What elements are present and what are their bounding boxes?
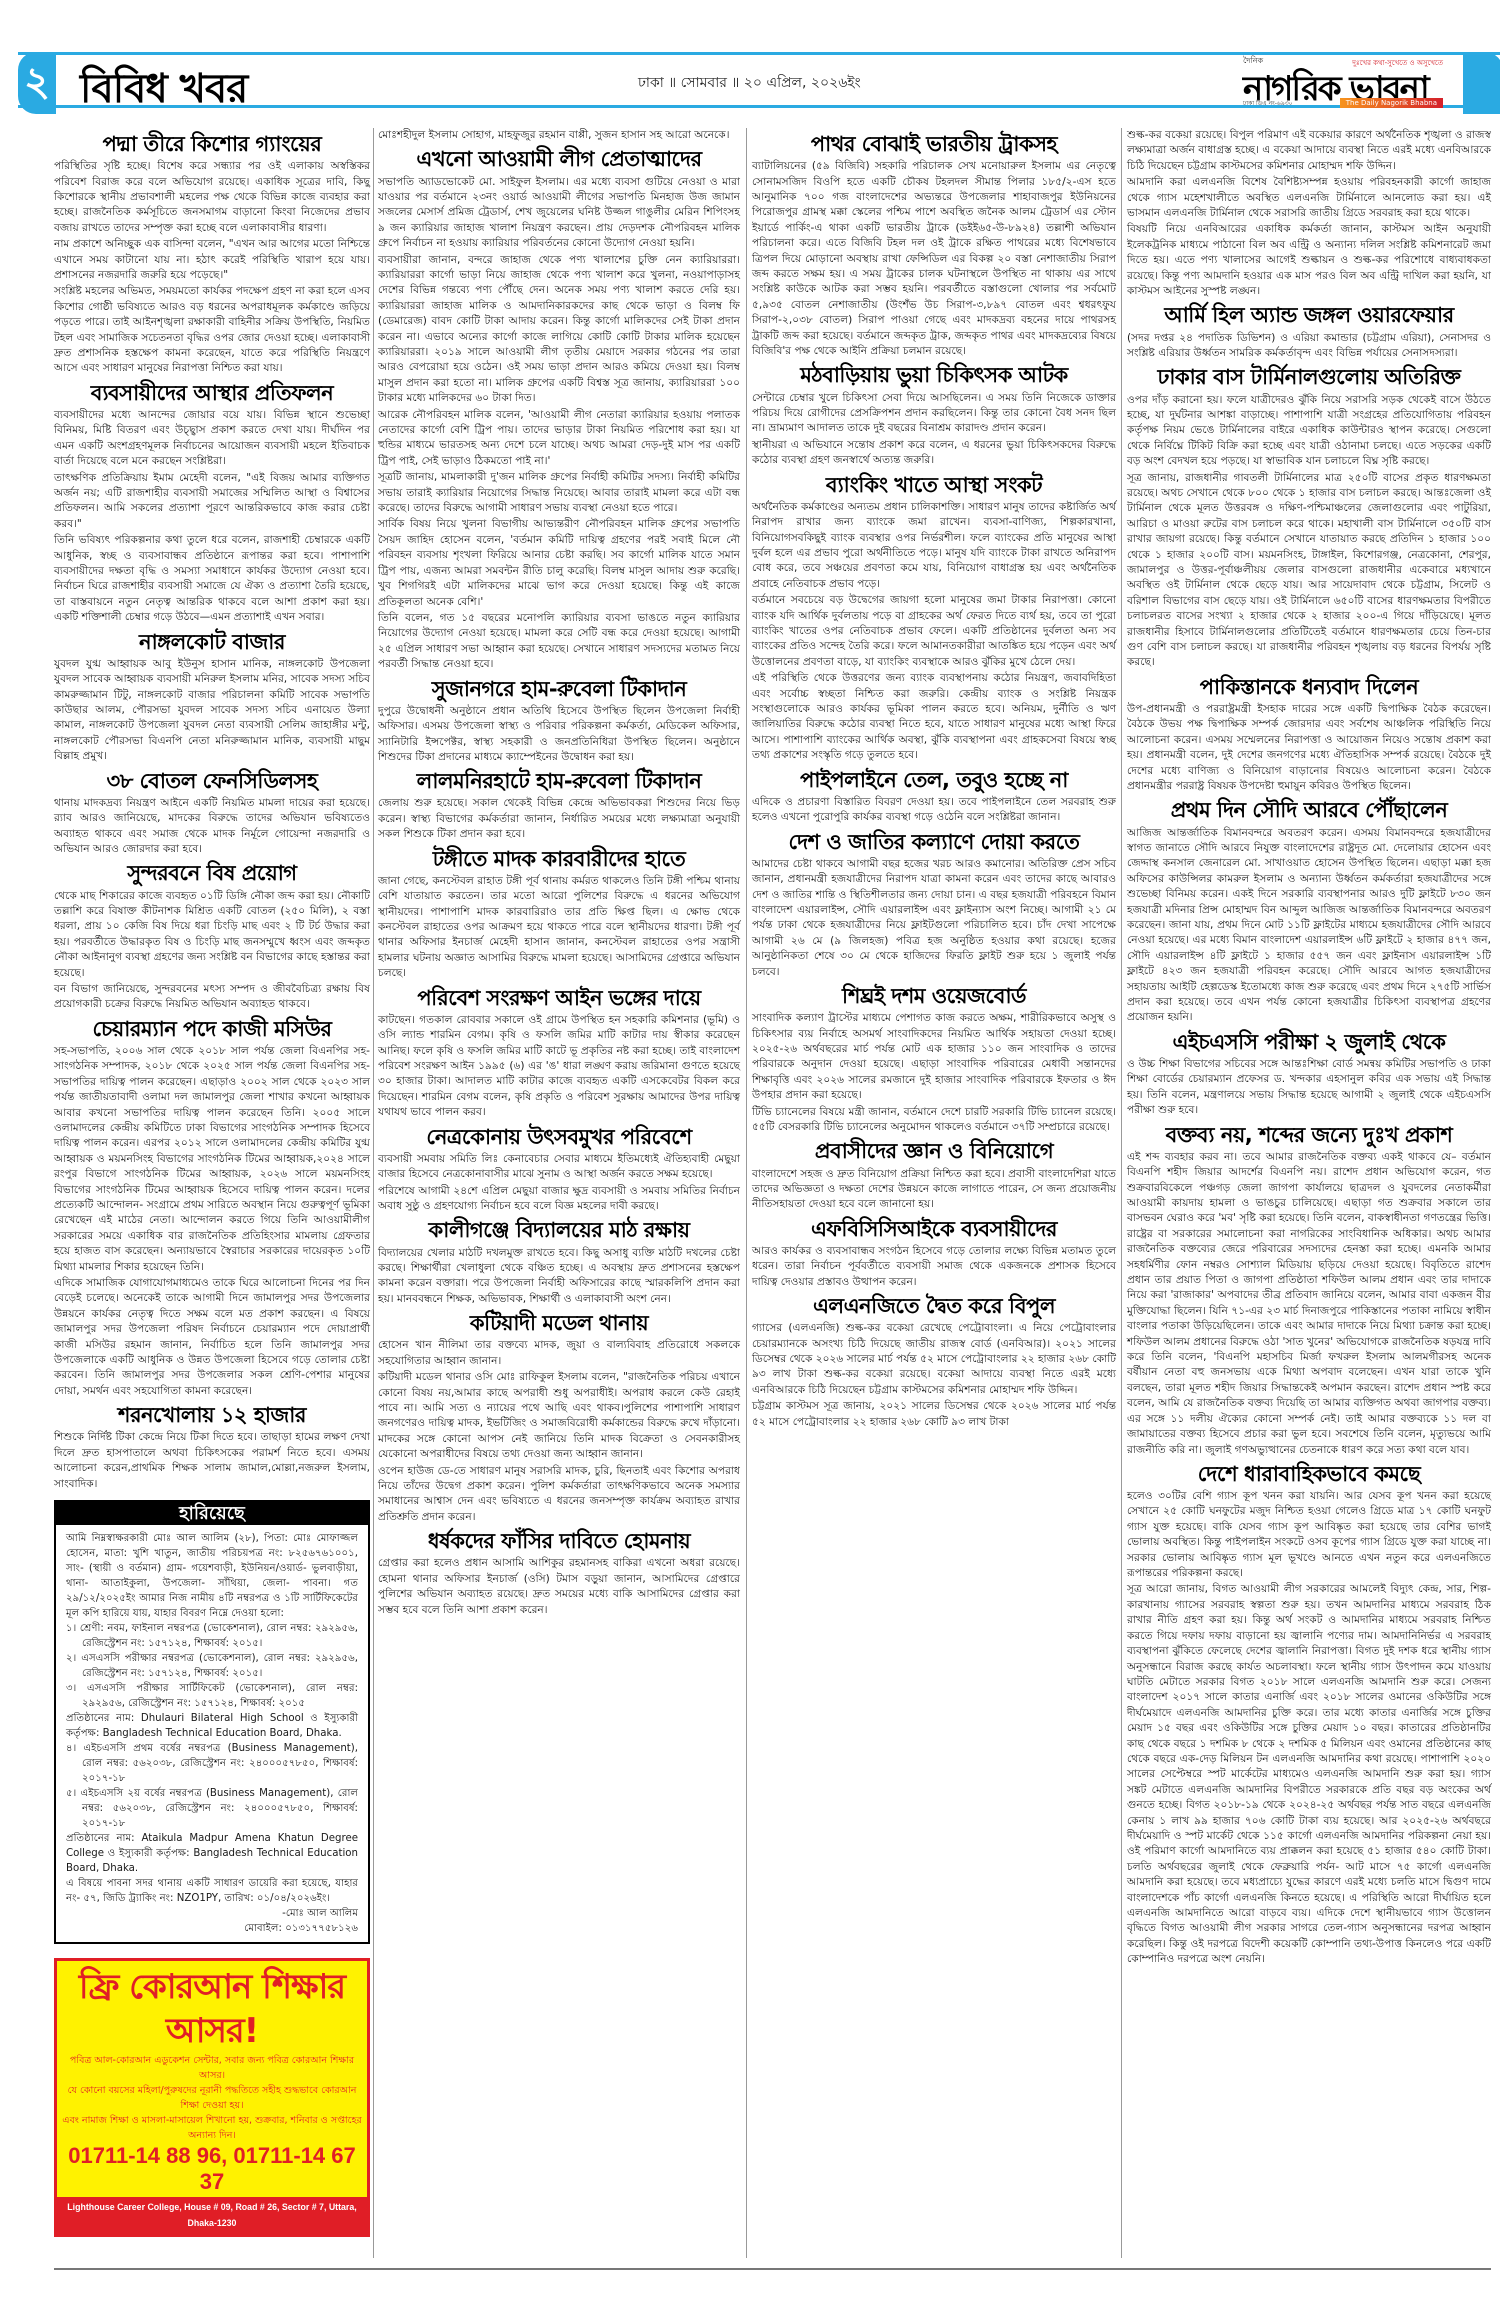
article-paragraph: তিনি ভবিষ্যৎ পরিকল্পনার কথা তুলে ধরে বলে…	[54, 533, 370, 625]
article-paragraph: টিভি চ্যানেলের বিষয়ে মন্ত্রী জানান, বর্…	[752, 1105, 1116, 1136]
masthead: ২ বিবিধ খবর ঢাকা ॥ সোমবার ॥ ২০ এপ্রিল, ২…	[18, 52, 1500, 108]
article-headline[interactable]: শিঘ্রই দশম ওয়েজবোর্ড	[752, 984, 1116, 1008]
article-paragraph: সেন্টারে চেম্বার খুলে চিকিৎসা সেবা দিয়ে…	[752, 391, 1116, 437]
article-paragraph: ব্যাটালিয়নের (৫৯ বিজিবি) সহকারি পরিচালক…	[752, 159, 1116, 359]
article-headline[interactable]: এলএনজিতে দ্বৈত করে বিপুল	[752, 1294, 1116, 1318]
article-paragraph: মোঃশহীদুল ইসলাম সোহাগ, মাহফুজুর রহমান বা…	[378, 128, 740, 143]
article-paragraph: আরও কার্যকর ও ব্যবসাবান্ধব সংগঠন হিসেবে …	[752, 1244, 1116, 1290]
article-paragraph: বিষয়টি নিয়ে এনবিআরের একাধিক কর্মকর্তা …	[1127, 222, 1491, 299]
article-paragraph: সার্বিক বিষয় নিয়ে খুলনা বিভাগীয় আভ্যন…	[378, 517, 740, 609]
notice-institution: প্রতিষ্ঠানের নাম: Ataikula Madpur Amena …	[66, 1831, 358, 1876]
article-paragraph: তিনি বলেন, গত ১৫ বছরের মনোপলি ক্যারিয়ার…	[378, 611, 740, 673]
article-headline[interactable]: ঢাকার বাস টার্মিনালগুলোয় অতিরিক্ত	[1127, 365, 1491, 389]
logo-registration: ঢাকা ডিএ নং-৬৯৩০	[1243, 98, 1293, 109]
article-paragraph: সাংবাদিক কল্যাণ ট্রাস্টের মাধ্যমে পেশাগত…	[752, 1011, 1116, 1103]
article: ব্যাংকিং খাতে আস্থা সংকটঅর্থনৈতিক কর্মকা…	[752, 473, 1116, 764]
article-paragraph: ওপর দাঁড় করানো হয়। ফলে যাত্রীদেরও ঝুঁক…	[1127, 393, 1491, 470]
article-paragraph: দুপুরে উদ্বোধনী অনুষ্ঠানে প্রধান অতিথি হ…	[378, 704, 740, 766]
article: এখনো আওয়ামী লীগ প্রেতাত্মাদেরসভাপতি অ্য…	[378, 147, 740, 672]
article-headline[interactable]: আর্মি হিল অ্যান্ড জঙ্গল ওয়ারফেয়ার	[1127, 303, 1491, 327]
article: নাঙ্গলকোট বাজারযুবদল যুগ্ম আহ্বায়ক আবু …	[54, 630, 370, 765]
article-paragraph: কাটছেন। গতকাল রোববার সকালে ওই গ্রামে উপস…	[378, 1013, 740, 1121]
article-paragraph: নাম প্রকাশে অনিচ্ছুক এক বাসিন্দা বলেন, "…	[54, 237, 370, 283]
notice-items: ১। শ্রেণী: নবম, ফাইনাল নম্বরপত্র (ভোকেশন…	[66, 1621, 358, 1711]
article: মোঃশহীদুল ইসলাম সোহাগ, মাহফুজুর রহমান বা…	[378, 128, 740, 143]
article-paragraph: এদিকে সামাজিক যোগাযোগমাধ্যমেও তাকে ঘিরে …	[54, 1276, 370, 1399]
article-paragraph: বন বিভাগ জানিয়েছে, সুন্দরবনের মৎস্য সম্…	[54, 982, 370, 1013]
article: বক্তব্য নয়, শব্দের জন্যে দুঃখ প্রকাশএই …	[1127, 1123, 1491, 1458]
article: পাইপলাইনে তেল, তবুও হচ্ছে নাএদিকে ও প্রচ…	[752, 768, 1116, 826]
article-paragraph: বাংলাদেশে সহজ ও দ্রুত বিনিয়োগ প্রক্রিয়…	[752, 1167, 1116, 1213]
article-paragraph: আরেক নৌপরিবহন মালিক বলেন, 'আওয়ামী লীগ ন…	[378, 408, 740, 470]
article-paragraph: সহ-সভাপতি, ২০০৬ সাল থেকে ২০১৮ সাল পর্যন্…	[54, 1044, 370, 1275]
article-paragraph: ওপেন হাউজ ডে-তে সাধারণ মানুষ সরাসরি মাদক…	[378, 1464, 740, 1526]
ad-line: এবং নামাজ শিক্ষা ও মাসলা-মাসায়েল শিখানো…	[61, 2113, 363, 2143]
logo-name: নাগরিক ভাবনা	[1243, 63, 1428, 120]
article-headline[interactable]: মঠবাড়িয়ায় ভুয়া চিকিৎসক আটক	[752, 363, 1116, 387]
article-headline[interactable]: কটিয়াদী মডেল থানায়	[378, 1311, 740, 1335]
article: সুন্দরবনে বিষ প্রয়োগথেকে মাছ শিকারের কা…	[54, 861, 370, 1012]
article-headline[interactable]: কালীগঞ্জে বিদ্যালয়ের মাঠ রক্ষায়	[378, 1218, 740, 1242]
article-paragraph: এই শব্দ ব্যবহার করব না। তবে আমার রাজনৈতি…	[1127, 1150, 1491, 1458]
article-paragraph: সূত্রটি জানায়, মামলাকারী দু'জন মালিক গ্…	[378, 470, 740, 516]
article-headline[interactable]: প্রবাসীদের জ্ঞান ও বিনিয়োগে	[752, 1139, 1116, 1163]
article-paragraph: থেকে মাছ শিকারের কাজে ব্যবহৃত ০১টি ডিঙ্গ…	[54, 889, 370, 981]
notice-items: ৪। এইচএসসি প্রথম বর্ষের নম্বরপত্র (Busin…	[66, 1741, 358, 1831]
article-headline[interactable]: পরিবেশ সংরক্ষণ আইন ভঙ্গের দায়ে	[378, 986, 740, 1010]
article: শরনখোলায় ১২ হাজারশিশুকে নির্দিষ্ট টিকা …	[54, 1403, 370, 1492]
section-title: বিবিধ খবর	[80, 57, 247, 124]
article: পরিবেশ সংরক্ষণ আইন ভঙ্গের দায়েকাটছেন। গ…	[378, 986, 740, 1121]
article-headline[interactable]: এখনো আওয়ামী লীগ প্রেতাত্মাদের	[378, 147, 740, 171]
article-headline[interactable]: নেত্রকোনায় উৎসবমুখর পরিবেশে	[378, 1125, 740, 1149]
article-headline[interactable]: ব্যবসায়ীদের আস্থার প্রতিফলন	[54, 381, 370, 405]
article-headline[interactable]: ধর্ষকদের ফাঁসির দাবিতে হোমনায়	[378, 1529, 740, 1553]
page-number: ২	[18, 52, 56, 114]
article: শিঘ্রই দশম ওয়েজবোর্ডসাংবাদিক কল্যাণ ট্র…	[752, 984, 1116, 1135]
article: দেশে ধারাবাহিকভাবে কমছেহলেও ৩০টির বেশি গ…	[1127, 1462, 1491, 1968]
ad-line: পবিত্র আল-কোরআন এডুকেশন সেন্টার, সবার জন…	[61, 2053, 363, 2083]
article-paragraph: জেলায় শুরু হয়েছে। সকাল থেকেই বিভিন্ন ক…	[378, 796, 740, 842]
ad-address: Lighthouse Career College, House # 09, R…	[57, 2197, 367, 2234]
article-headline[interactable]: দেশ ও জাতির কল্যাণে দোয়া করতে	[752, 830, 1116, 854]
notice-item: ১। শ্রেণী: নবম, ফাইনাল নম্বরপত্র (ভোকেশন…	[66, 1621, 358, 1651]
bottom-rule	[54, 2268, 1491, 2270]
article-paragraph: বর্তমানে সবচেয়ে বড় উদ্বেগের জায়গা হলো…	[752, 593, 1116, 670]
article-headline[interactable]: নাঙ্গলকোট বাজার	[54, 630, 370, 654]
ad-title: ফ্রি কোরআন শিক্ষার আসর!	[61, 1965, 363, 2053]
article-paragraph: কটিয়াদী মডেল থানার ওসি মোঃ রাফিকুল ইসলা…	[378, 1370, 740, 1462]
article: লালমনিরহাটে হাম-রুবেলা টিকাদানজেলায় শুর…	[378, 769, 740, 842]
masthead-accent-tab	[1463, 52, 1500, 114]
article-paragraph: অর্থনৈতিক কর্মকাণ্ডের অন্যতম প্রধান চালি…	[752, 500, 1116, 592]
article-paragraph: ব্যবসায়ীদের মধ্যে আনন্দের জোয়ার বয়ে য…	[54, 408, 370, 470]
article-paragraph: পরিস্থিতির সৃষ্টি হচ্ছে। বিশেষ করে সন্ধ্…	[54, 159, 370, 236]
ad-line: যে কোনো বয়সের মহিলা/পুরুষদের নূরানী পদ্…	[61, 2083, 363, 2113]
article: সুজানগরে হাম-রুবেলা টিকাদানদুপুরে উদ্বোধ…	[378, 677, 740, 766]
article-paragraph: সভাপতি অ্যাডভোকেট মো. সাইফুল ইসলাম। এর ম…	[378, 175, 740, 252]
article-paragraph: উপ-প্রধানমন্ত্রী ও পররাষ্ট্রমন্ত্রী ইসহা…	[1127, 702, 1491, 794]
article-paragraph: তাৎক্ষণিক প্রতিক্রিয়ায় ইমাম মেহেদী বলে…	[54, 471, 370, 533]
article-paragraph: (সদর দপ্তর ২৪ পদাতিক ডিভিশন) ও এরিয়া কম…	[1127, 331, 1491, 362]
article: পাথর বোঝাই ভারতীয় ট্রাকসহব্যাটালিয়নের …	[752, 132, 1116, 359]
article: পাকিস্তানকে ধন্যবাদ দিলেনউপ-প্রধানমন্ত্র…	[1127, 675, 1491, 795]
article: ঢাকার বাস টার্মিনালগুলোয় অতিরিক্তওপর দা…	[1127, 365, 1491, 670]
article: দেশ ও জাতির কল্যাণে দোয়া করতেআমাদের চেষ…	[752, 830, 1116, 980]
column-divider	[1121, 128, 1122, 2258]
notice-gd: এ বিষয়ে পাবনা সদর থানায় একটি সাধারণ ডা…	[66, 1876, 358, 1906]
article: পদ্মা তীরে কিশোর গ্যাংয়েরপরিস্থিতির সৃষ…	[54, 132, 370, 377]
lost-notice-title: হারিয়েছে	[56, 1502, 368, 1525]
article: নেত্রকোনায় উৎসবমুখর পরিবেশেব্যবসায়ী সম…	[378, 1125, 740, 1215]
article-headline[interactable]: লালমনিরহাটে হাম-রুবেলা টিকাদান	[378, 769, 740, 793]
notice-item: ৫। এইচএসসি ২য় বর্ষের নম্বরপত্র (Busines…	[66, 1786, 358, 1831]
article-paragraph: এদিকে ও প্রচারণা বিস্তারিত বিবরণ দেওয়া …	[752, 795, 1116, 826]
article: এফবিসিসিআইকে ব্যবসায়ীদেরআরও কার্যকর ও ব…	[752, 1217, 1116, 1290]
article-paragraph: সংশ্লিষ্ট মহলের অভিমত, সময়মতো কার্যকর প…	[54, 284, 370, 376]
article: কালীগঞ্জে বিদ্যালয়ের মাঠ রক্ষায়বিদ্যাল…	[378, 1218, 740, 1307]
article-headline[interactable]: পাকিস্তানকে ধন্যবাদ দিলেন	[1127, 675, 1491, 699]
notice-item: ২। এসএসসি পরীক্ষার নম্বরপত্র (ভোকেশনাল),…	[66, 1651, 358, 1681]
logo-english: The Daily Nagorik Bhabna	[1340, 98, 1443, 108]
article-paragraph: ব্যবসায়ীরা জানান, বন্দরে জাহাজ থেকে পণ্…	[378, 253, 740, 407]
article: শুল্ক-কর বকেয়া রয়েছে। বিপুল পরিমাণ এই …	[1127, 128, 1491, 299]
newspaper-logo: দৈনিক দুঃখের কথা-সুখেতে ও অসুখেতে নাগরিক…	[1243, 53, 1443, 111]
article-paragraph: হোসেন খান নীলিমা তার বক্তব্যে মাদক, জুয়…	[378, 1338, 740, 1369]
notice-signature: -মোঃ আল আলিম	[66, 1906, 358, 1921]
article: প্রথম দিন সৌদি আরবে পৌঁছালেনআজিজ আন্তর্জ…	[1127, 798, 1491, 1025]
article-headline[interactable]: এইচএসসি পরীক্ষা ২ জুলাই থেকে	[1127, 1030, 1491, 1054]
article: ৩৮ বোতল ফেনসিডিলসহথানায় মাদকদ্রব্য নিয়…	[54, 769, 370, 858]
article: ধর্ষকদের ফাঁসির দাবিতে হোমনায়গ্রেপ্তার …	[378, 1529, 740, 1618]
notice-mobile: মোবাইল: ০১৩১৭৭৫৮১২৬	[66, 1921, 358, 1936]
notice-intro: আমি নিম্নস্বাক্ষরকারী মোঃ আল আলিম (২৮), …	[66, 1531, 358, 1621]
article-paragraph: চট্টগ্রাম কাস্টমস সূত্র জানায়, ২০২১ সাল…	[752, 1399, 1116, 1430]
article-headline[interactable]: পাথর বোঝাই ভারতীয় ট্রাকসহ	[752, 132, 1116, 156]
article: প্রবাসীদের জ্ঞান ও বিনিয়োগেবাংলাদেশে সহ…	[752, 1139, 1116, 1212]
article-paragraph: আমাদের চেষ্টা থাকবে আগামী বছর হজের খরচ আ…	[752, 857, 1116, 980]
article: এলএনজিতে দ্বৈত করে বিপুলগ্যাসের (এলএনজি)…	[752, 1294, 1116, 1430]
article: আর্মি হিল অ্যান্ড জঙ্গল ওয়ারফেয়ার(সদর …	[1127, 303, 1491, 361]
article-paragraph: গ্রেপ্তার করা হলেও প্রধান আসামি আশিকুর র…	[378, 1556, 740, 1618]
column-4: শুল্ক-কর বকেয়া রয়েছে। বিপুল পরিমাণ এই …	[1127, 128, 1491, 1969]
article-headline[interactable]: পাইপলাইনে তেল, তবুও হচ্ছে না	[752, 768, 1116, 792]
article-headline[interactable]: দেশে ধারাবাহিকভাবে কমছে	[1127, 1462, 1491, 1486]
article-paragraph: ও উচ্চ শিক্ষা বিভাগের সচিবের সঙ্গে আন্তঃ…	[1127, 1057, 1491, 1119]
column-1: পদ্মা তীরে কিশোর গ্যাংয়েরপরিস্থিতির সৃষ…	[54, 128, 370, 2237]
article: ব্যবসায়ীদের আস্থার প্রতিফলনব্যবসায়ীদের…	[54, 381, 370, 626]
article-headline[interactable]: প্রথম দিন সৌদি আরবে পৌঁছালেন	[1127, 798, 1491, 822]
column-divider	[746, 128, 747, 2258]
notice-item: ৩। এসএসসি পরীক্ষার সার্টিফিকেট (ভোকেশনাল…	[66, 1681, 358, 1711]
article-paragraph: থানায় মাদকদ্রব্য নিয়ন্ত্রণ আইনে একটি ন…	[54, 796, 370, 858]
article-paragraph: শিশুকে নির্দিষ্ট টিকা কেন্দ্রে নিয়ে টিক…	[54, 1430, 370, 1492]
article-headline[interactable]: সুন্দরবনে বিষ প্রয়োগ	[54, 861, 370, 885]
article-paragraph: সূত্র জানায়, রাজধানীর গাবতলী টার্মিনালে…	[1127, 471, 1491, 671]
article-headline[interactable]: এফবিসিসিআইকে ব্যবসায়ীদের	[752, 1217, 1116, 1241]
article: মঠবাড়িয়ায় ভুয়া চিকিৎসক আটকসেন্টারে চ…	[752, 363, 1116, 468]
ad-phone-numbers[interactable]: 01711-14 88 96, 01711-14 67 37	[61, 2143, 363, 2195]
quran-class-advertisement[interactable]: ফ্রি কোরআন শিক্ষার আসর!পবিত্র আল-কোরআন এ…	[54, 1958, 370, 2237]
article-paragraph: জানা গেছে, কনস্টেবল রাহাত টঙ্গী পূর্ব থা…	[378, 874, 740, 982]
article-paragraph: সূত্র আরো জানায়, বিগত আওয়ামী লীগ সরকার…	[1127, 1582, 1491, 1967]
notice-institution: প্রতিষ্ঠানের নাম: Dhulauri Bilateral Hig…	[66, 1711, 358, 1741]
lost-notice-body: আমি নিম্নস্বাক্ষরকারী মোঃ আল আলিম (২৮), …	[56, 1525, 368, 1942]
lost-notice: হারিয়েছেআমি নিম্নস্বাক্ষরকারী মোঃ আল আল…	[54, 1500, 370, 1944]
article-paragraph: পরিশেষে আগামী ২৪শে এপ্রিল মেছুয়া বাজার …	[378, 1184, 740, 1215]
article-headline[interactable]: শরনখোলায় ১২ হাজার	[54, 1403, 370, 1427]
article-headline[interactable]: বক্তব্য নয়, শব্দের জন্যে দুঃখ প্রকাশ	[1127, 1123, 1491, 1147]
article-paragraph: এই পরিস্থিতি থেকে উত্তরণের জন্য ব্যাংক ব…	[752, 671, 1116, 763]
article-headline[interactable]: পদ্মা তীরে কিশোর গ্যাংয়ের	[54, 132, 370, 156]
article: চেয়ারম্যান পদে কাজী মসিউরসহ-সভাপতি, ২০০…	[54, 1017, 370, 1399]
article-paragraph: শুল্ক-কর বকেয়া রয়েছে। বিপুল পরিমাণ এই …	[1127, 128, 1491, 174]
article: টঙ্গীতে মাদক কারবারীদের হাতেজানা গেছে, ক…	[378, 847, 740, 982]
article: কটিয়াদী মডেল থানায়হোসেন খান নীলিমা তার…	[378, 1311, 740, 1525]
column-3: পাথর বোঝাই ভারতীয় ট্রাকসহব্যাটালিয়নের …	[752, 128, 1116, 1431]
article-paragraph: আমদানি করা এলএনজি বিশেষ বৈশিষ্ট্যসম্পন্ন…	[1127, 175, 1491, 221]
dateline: ঢাকা ॥ সোমবার ॥ ২০ এপ্রিল, ২০২৬ইং	[638, 71, 861, 95]
article-paragraph: আজিজ আন্তর্জাতিক বিমানবন্দরে অবতরণ করেন।…	[1127, 826, 1491, 1026]
column-divider	[373, 128, 374, 2258]
article-headline[interactable]: ব্যাংকিং খাতে আস্থা সংকট	[752, 473, 1116, 497]
article-paragraph: ব্যবসায়ী সমবায় সমিতি লিঃ কেনাবেচার সেব…	[378, 1152, 740, 1183]
article-headline[interactable]: ৩৮ বোতল ফেনসিডিলসহ	[54, 769, 370, 793]
article: এইচএসসি পরীক্ষা ২ জুলাই থেকেও উচ্চ শিক্ষ…	[1127, 1030, 1491, 1119]
article-paragraph: বিদ্যালয়ের খেলার মাঠটি দখলমুক্ত রাখতে হ…	[378, 1246, 740, 1308]
column-2: মোঃশহীদুল ইসলাম সোহাগ, মাহফুজুর রহমান বা…	[378, 128, 740, 1619]
article-headline[interactable]: সুজানগরে হাম-রুবেলা টিকাদান	[378, 677, 740, 701]
article-paragraph: স্থানীয়রা এ অভিযানে সন্তোষ প্রকাশ করে ব…	[752, 438, 1116, 469]
notice-item: ৪। এইচএসসি প্রথম বর্ষের নম্বরপত্র (Busin…	[66, 1741, 358, 1786]
article-paragraph: গ্যাসের (এলএনজি) শুল্ক-কর বকেয়া রেখেছে …	[752, 1321, 1116, 1398]
article-headline[interactable]: চেয়ারম্যান পদে কাজী মসিউর	[54, 1017, 370, 1041]
article-headline[interactable]: টঙ্গীতে মাদক কারবারীদের হাতে	[378, 847, 740, 871]
article-paragraph: হলেও ৩০টির বেশি গ্যাস কূপ খনন করা যায়নি…	[1127, 1489, 1491, 1581]
article-paragraph: যুবদল যুগ্ম আহ্বায়ক আবু ইউনুস হাসান মান…	[54, 657, 370, 765]
